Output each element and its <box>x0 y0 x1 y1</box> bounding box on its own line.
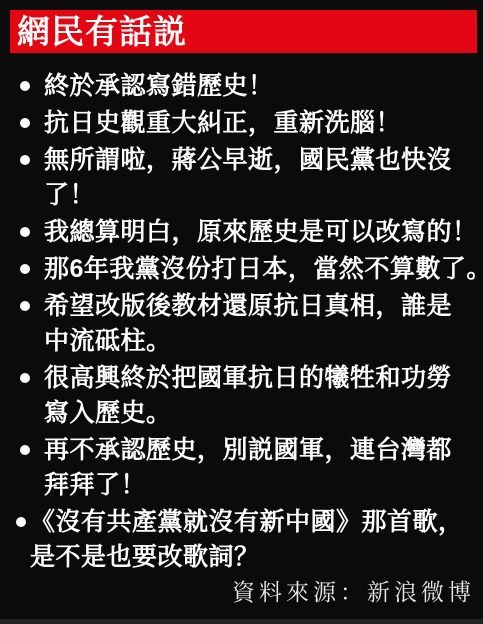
comment-item: 抗日史觀重大糾正，重新洗腦！ <box>0 106 479 141</box>
comment-line: 寫入歷史。 <box>44 396 479 431</box>
header-bar: 網民有話説 <box>10 10 477 53</box>
comment-list: 終於承認寫錯歷史！ 抗日史觀重大糾正，重新洗腦！ 無所謂啦，蔣公早逝，國民黨也快… <box>0 69 483 575</box>
bullet-icon <box>20 445 30 455</box>
comment-line: 抗日史觀重大糾正，重新洗腦！ <box>44 106 479 141</box>
comment-item: 那6年我黨沒份打日本，當然不算數了。 <box>0 252 479 287</box>
comment-line: 了！ <box>44 178 479 213</box>
comment-text: 再不承認歷史，別説國軍，連台灣都拜拜了！ <box>44 433 479 503</box>
comment-line: 中流砥柱。 <box>44 324 479 359</box>
comment-line: 拜拜了！ <box>44 468 479 503</box>
comment-text: 那6年我黨沒份打日本，當然不算數了。 <box>44 252 479 287</box>
bullet-icon <box>20 301 30 311</box>
comment-text: 終於承認寫錯歷史！ <box>44 69 479 104</box>
source-credit: 資料來源：新浪微博 <box>0 578 483 608</box>
infographic-card: 網民有話説 終於承認寫錯歷史！ 抗日史觀重大糾正，重新洗腦！ 無所謂啦，蔣公早逝… <box>0 0 483 624</box>
comment-line: 終於承認寫錯歷史！ <box>44 69 479 104</box>
comment-item: 我總算明白，原來歷史是可以改寫的！ <box>0 215 479 250</box>
comment-item: 再不承認歷史，別説國軍，連台灣都拜拜了！ <box>0 433 479 503</box>
bullet-icon <box>20 264 30 274</box>
comment-line: 很高興終於把國軍抗日的犧牲和功勞 <box>44 361 479 396</box>
comment-text: 希望改版後教材還原抗日真相，誰是中流砥柱。 <box>44 289 479 359</box>
comment-text: 《沒有共產黨就沒有新中國》那首歌，是不是也要改歌詞？ <box>30 505 479 575</box>
comment-line: 無所謂啦，蔣公早逝，國民黨也快沒 <box>44 143 479 178</box>
bullet-icon <box>20 373 30 383</box>
comment-text: 抗日史觀重大糾正，重新洗腦！ <box>44 106 479 141</box>
bullet-icon <box>16 517 26 527</box>
bottom-edge-strip <box>0 619 483 624</box>
comment-line: 希望改版後教材還原抗日真相，誰是 <box>44 289 479 324</box>
comment-line: 我總算明白，原來歷史是可以改寫的！ <box>44 215 479 250</box>
comment-line: 那6年我黨沒份打日本，當然不算數了。 <box>44 252 479 287</box>
comment-item: 希望改版後教材還原抗日真相，誰是中流砥柱。 <box>0 289 479 359</box>
comment-line: 再不承認歷史，別説國軍，連台灣都 <box>44 433 479 468</box>
comment-item: 《沒有共產黨就沒有新中國》那首歌，是不是也要改歌詞？ <box>0 505 479 575</box>
comment-item: 無所謂啦，蔣公早逝，國民黨也快沒了！ <box>0 143 479 213</box>
comment-text: 很高興終於把國軍抗日的犧牲和功勞寫入歷史。 <box>44 361 479 431</box>
comment-item: 很高興終於把國軍抗日的犧牲和功勞寫入歷史。 <box>0 361 479 431</box>
comment-item: 終於承認寫錯歷史！ <box>0 69 479 104</box>
page-title: 網民有話説 <box>17 15 187 48</box>
bullet-icon <box>20 81 30 91</box>
comment-text: 無所謂啦，蔣公早逝，國民黨也快沒了！ <box>44 143 479 213</box>
comment-line: 《沒有共產黨就沒有新中國》那首歌， <box>30 505 479 540</box>
bullet-icon <box>20 155 30 165</box>
comment-line: 是不是也要改歌詞？ <box>30 540 479 575</box>
bullet-icon <box>20 227 30 237</box>
bullet-icon <box>20 118 30 128</box>
comment-text: 我總算明白，原來歷史是可以改寫的！ <box>44 215 479 250</box>
